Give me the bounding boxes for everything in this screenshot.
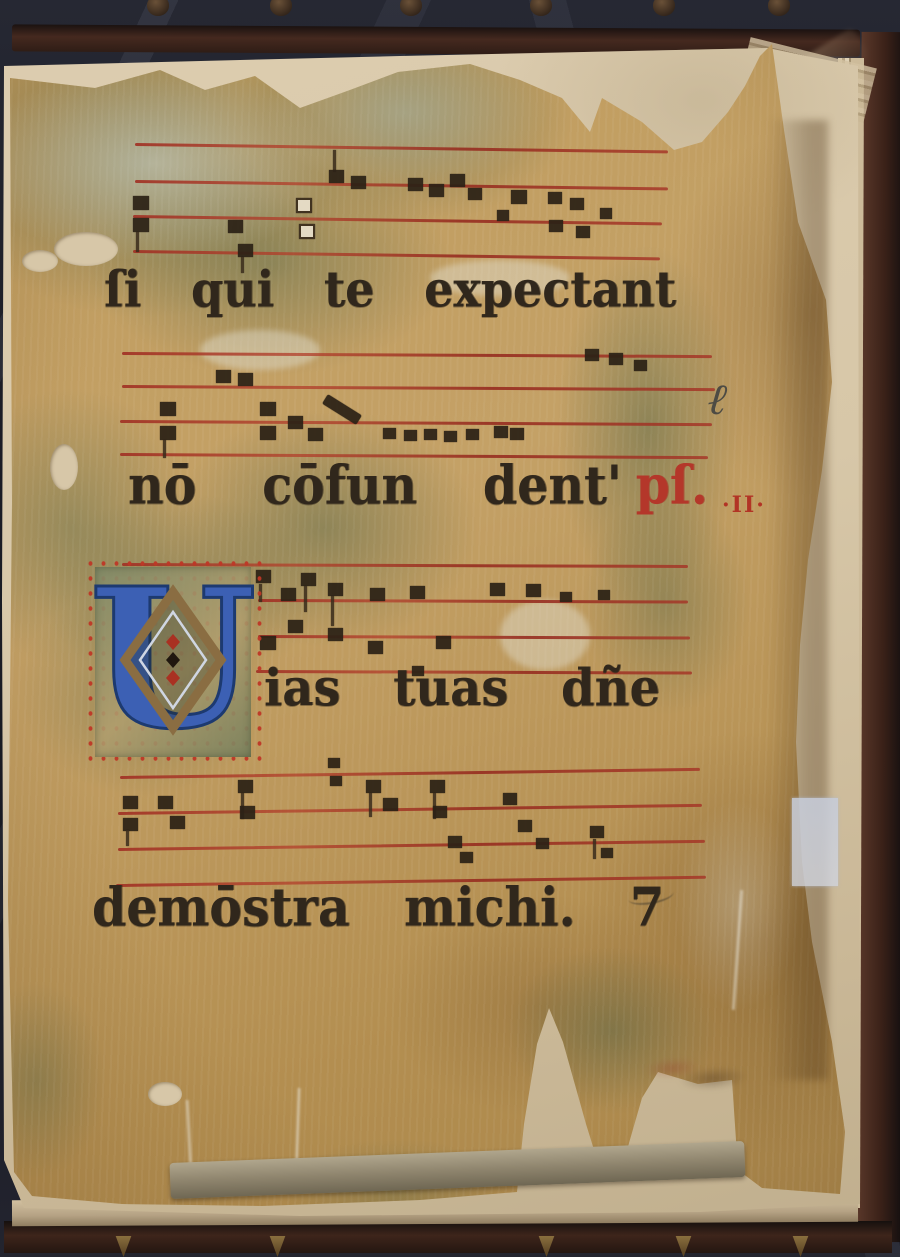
neume bbox=[410, 586, 425, 599]
neume bbox=[600, 208, 612, 219]
neume bbox=[260, 402, 276, 416]
chant-word: qui bbox=[191, 260, 274, 318]
neume bbox=[330, 776, 342, 786]
staff-line bbox=[133, 215, 662, 225]
staff-line bbox=[122, 385, 715, 391]
staff-line bbox=[135, 180, 668, 190]
neume bbox=[536, 838, 549, 849]
staff-line bbox=[122, 352, 712, 358]
chant-word: 7 bbox=[630, 876, 664, 939]
chant-word: expectant bbox=[424, 260, 676, 318]
neume bbox=[123, 796, 138, 809]
neume bbox=[366, 780, 381, 793]
neume bbox=[328, 628, 343, 641]
neume bbox=[433, 806, 447, 818]
neume bbox=[494, 426, 508, 438]
neume bbox=[383, 798, 398, 811]
neume bbox=[466, 429, 479, 440]
neume bbox=[576, 226, 590, 238]
staff-line bbox=[258, 599, 688, 604]
neume bbox=[468, 188, 482, 200]
neume bbox=[160, 402, 176, 416]
neume bbox=[598, 590, 610, 600]
neume bbox=[383, 428, 396, 439]
chant-word: cōfun bbox=[262, 454, 417, 517]
neume bbox=[518, 820, 532, 832]
neume bbox=[497, 210, 509, 221]
neume bbox=[260, 636, 276, 650]
staff-line bbox=[135, 143, 668, 153]
neume-stem bbox=[369, 793, 372, 817]
neume bbox=[216, 370, 231, 383]
neume-stem bbox=[304, 586, 307, 612]
psalm-rubric: pſ. bbox=[636, 454, 708, 517]
neume-stem bbox=[593, 839, 596, 859]
chant-text-line-2: nōcōfundent' pſ. bbox=[128, 454, 708, 517]
chant-text-line-3: iastuasdñe bbox=[264, 658, 660, 718]
neume bbox=[548, 192, 562, 204]
neume bbox=[308, 428, 323, 441]
chant-word: tuas bbox=[393, 658, 508, 718]
chant-word: dent' bbox=[483, 454, 622, 517]
chant-text-line-1: ſiquiteexpectant bbox=[104, 260, 676, 318]
neume bbox=[328, 758, 340, 768]
neume bbox=[238, 780, 253, 793]
neume bbox=[429, 184, 444, 197]
staff-line bbox=[120, 420, 712, 426]
neume-stem bbox=[126, 830, 129, 846]
neume bbox=[560, 592, 572, 602]
chant-word: ſi bbox=[104, 260, 141, 318]
neume bbox=[299, 224, 315, 239]
neume bbox=[368, 641, 383, 654]
repair-patch bbox=[792, 798, 838, 886]
neume bbox=[170, 816, 185, 829]
neume bbox=[158, 796, 173, 809]
chant-word: te bbox=[324, 260, 375, 318]
neume bbox=[590, 826, 604, 838]
neume bbox=[370, 588, 385, 601]
neume bbox=[238, 244, 253, 257]
neume bbox=[526, 584, 541, 597]
neume bbox=[288, 416, 303, 429]
neume bbox=[430, 780, 445, 793]
neume bbox=[510, 428, 524, 440]
neume bbox=[448, 836, 462, 848]
neume bbox=[404, 430, 417, 441]
initial-letter-art: U bbox=[90, 558, 256, 766]
neume bbox=[424, 429, 437, 440]
neume bbox=[450, 174, 465, 187]
neume bbox=[351, 176, 366, 189]
staff-line bbox=[133, 250, 660, 260]
chant-text-line-2-words: nōcōfundent' bbox=[128, 454, 622, 517]
neume bbox=[460, 852, 473, 863]
chant-word: ias bbox=[264, 658, 340, 718]
manuscript-photo: ſiquiteexpectant nōcōfundent' pſ. iastua… bbox=[0, 0, 900, 1257]
neume bbox=[133, 218, 149, 232]
neume bbox=[288, 620, 303, 633]
neume bbox=[511, 190, 527, 204]
neume-stem bbox=[331, 596, 334, 626]
neume-stem bbox=[333, 150, 336, 172]
chant-word: demōstra bbox=[92, 876, 350, 939]
chant-word: michi. bbox=[404, 876, 576, 939]
staff-line bbox=[118, 804, 702, 815]
neume bbox=[329, 170, 344, 183]
neume bbox=[490, 583, 505, 596]
staff-line bbox=[258, 635, 690, 640]
neume bbox=[301, 573, 316, 586]
neume bbox=[570, 198, 584, 210]
neume bbox=[444, 431, 457, 442]
staff-line bbox=[118, 840, 705, 851]
neume bbox=[238, 373, 253, 386]
neume bbox=[240, 806, 255, 819]
neume-stem bbox=[136, 232, 139, 252]
illuminated-initial: U bbox=[84, 556, 262, 768]
neume bbox=[228, 220, 243, 233]
neume bbox=[634, 360, 647, 371]
staff-line bbox=[120, 768, 700, 779]
neume bbox=[408, 178, 423, 191]
neume bbox=[585, 349, 599, 361]
neume bbox=[503, 793, 517, 805]
folio-numeral: ·II· bbox=[722, 492, 766, 518]
neume bbox=[281, 588, 296, 601]
neume bbox=[601, 848, 613, 858]
neume bbox=[549, 220, 563, 232]
neume bbox=[160, 426, 176, 440]
neume bbox=[133, 196, 149, 210]
chant-word: dñe bbox=[561, 658, 660, 718]
neume bbox=[296, 198, 312, 213]
chant-text-line-4: demōstramichi.7 bbox=[92, 876, 664, 939]
neume bbox=[436, 636, 451, 649]
chant-word: nō bbox=[128, 454, 196, 517]
neume bbox=[260, 426, 276, 440]
neume bbox=[328, 583, 343, 596]
neume bbox=[609, 353, 623, 365]
